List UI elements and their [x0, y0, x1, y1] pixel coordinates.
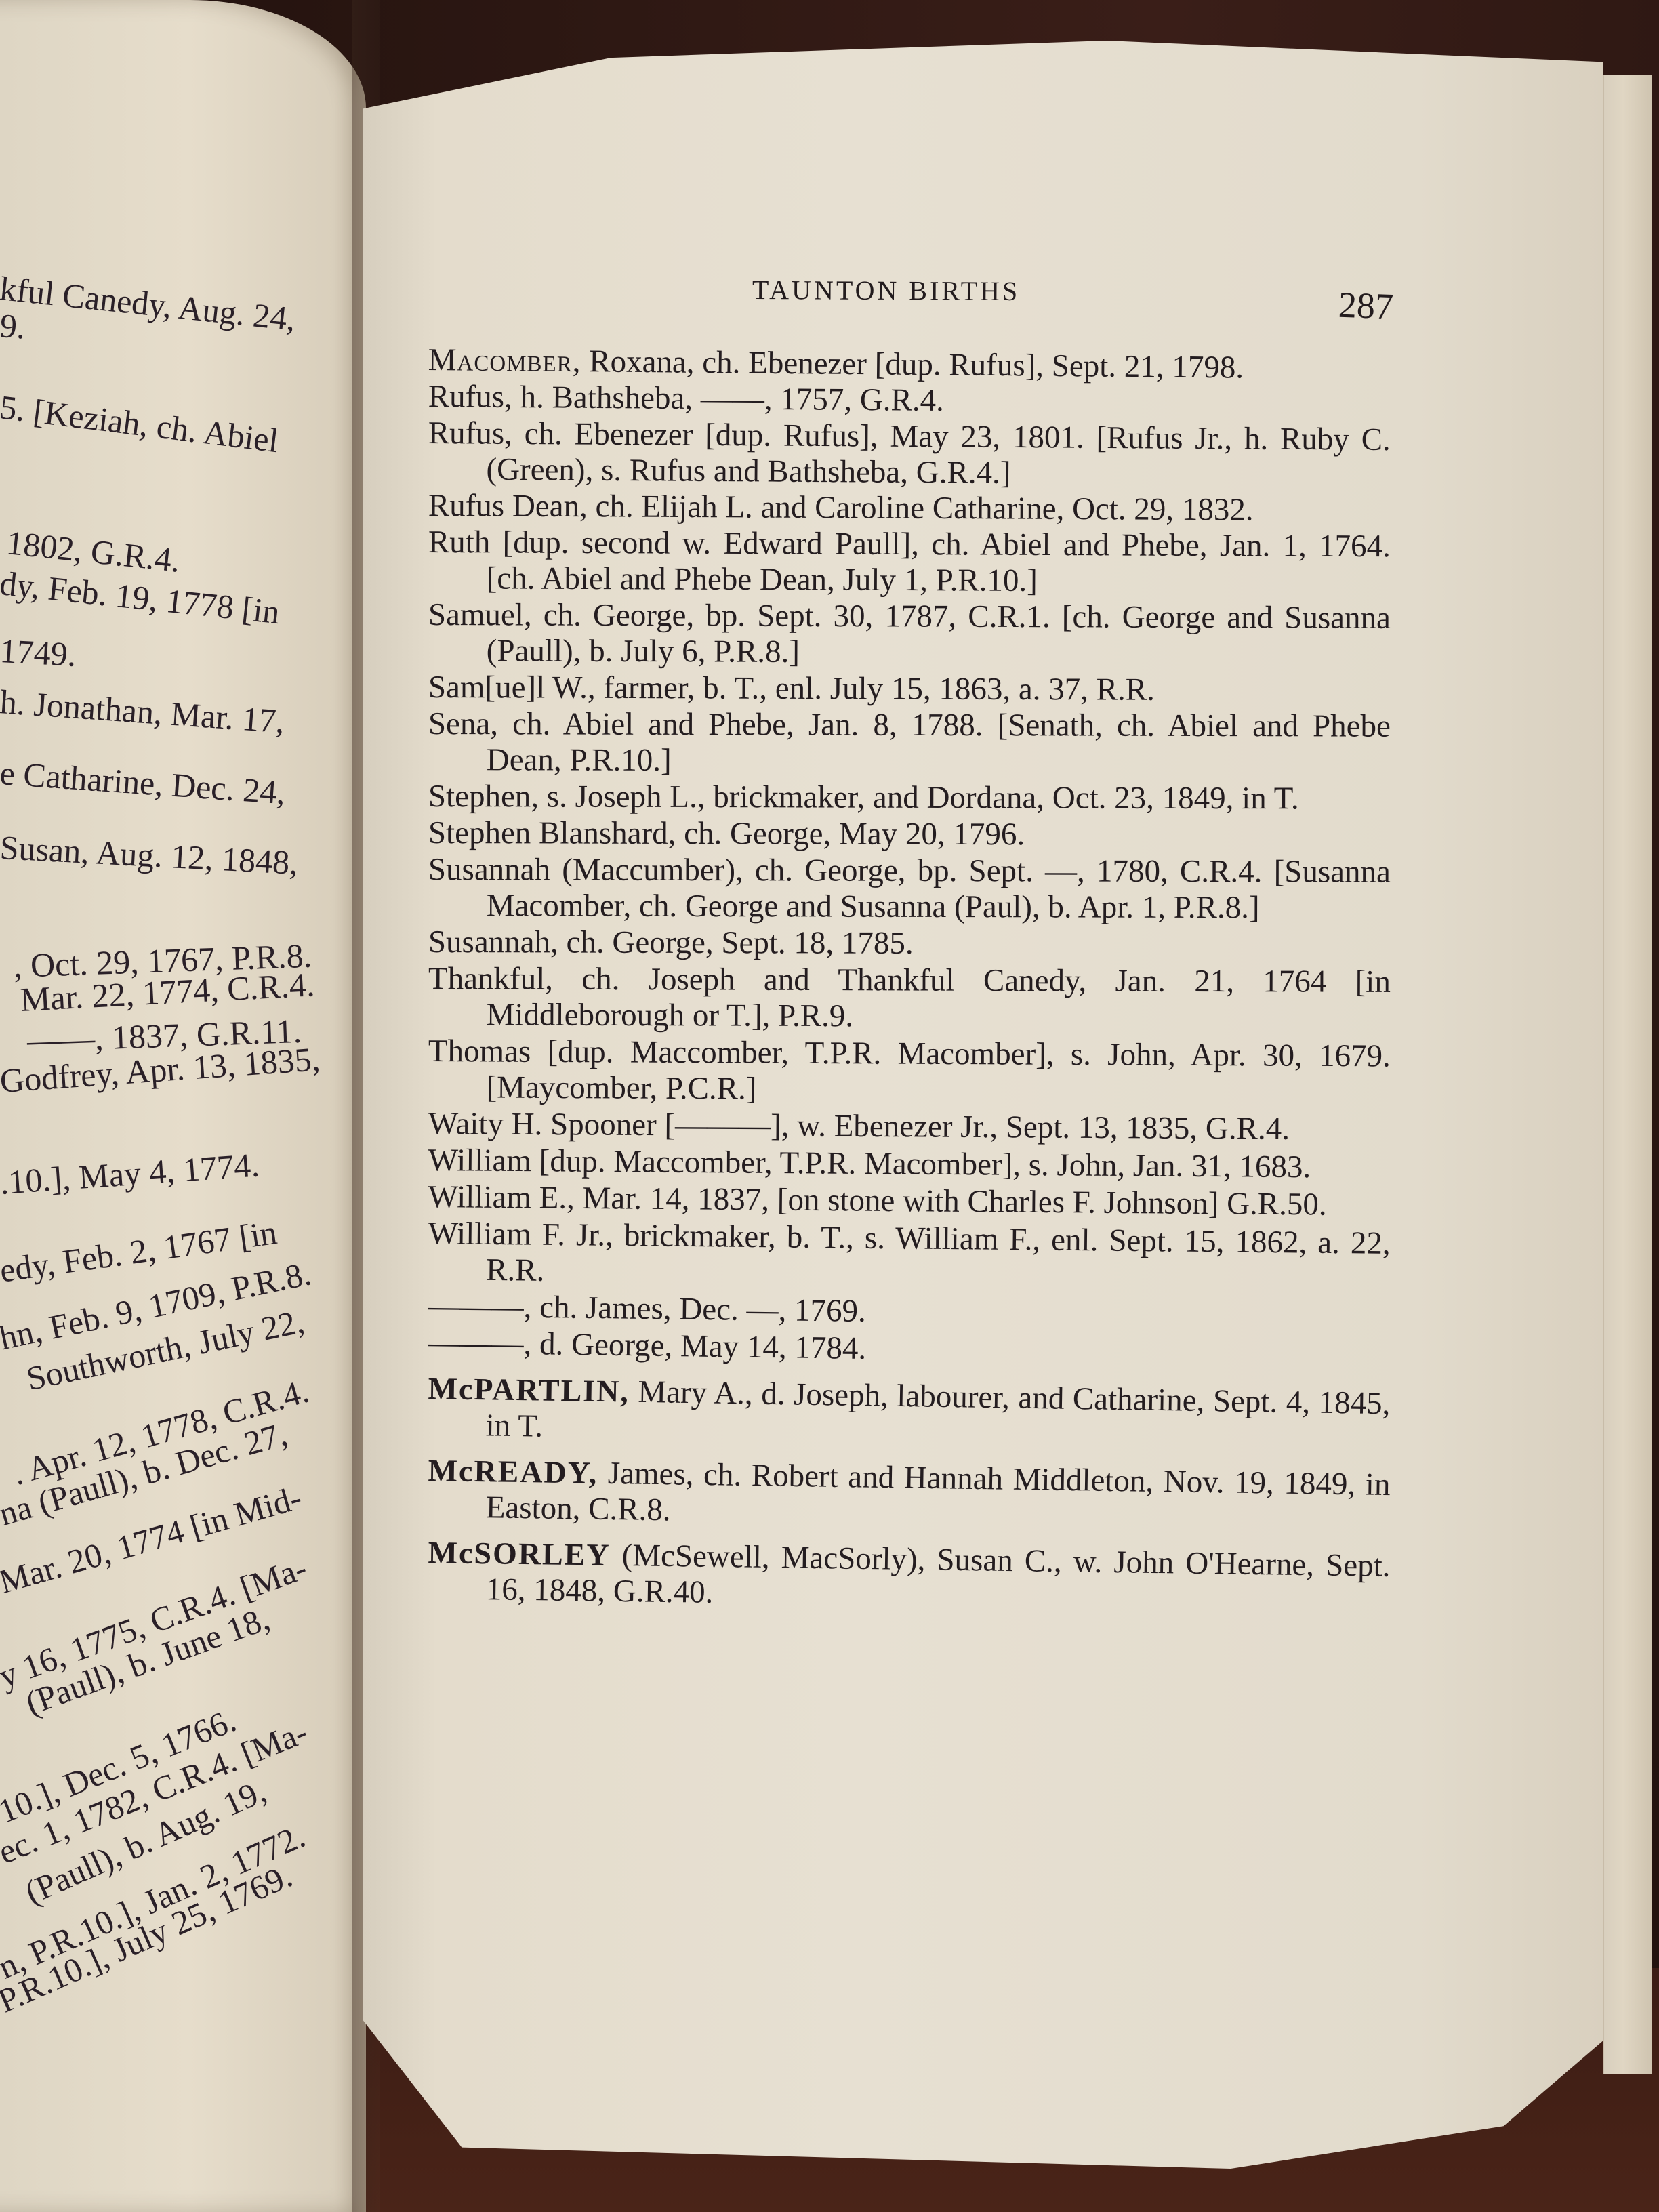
left-page: kful Canedy, Aug. 24,9.5. [Keziah, ch. A…: [0, 0, 366, 2212]
record-entry: Stephen Blanshard, ch. George, May 20, 1…: [428, 815, 1391, 854]
entry-text: ———, ch. James, Dec. —, 1769.: [428, 1288, 866, 1329]
surname-heading: McSORLEY: [428, 1535, 611, 1572]
entry-text: William [dup. Maccomber, T.P.R. Macomber…: [428, 1143, 1311, 1185]
left-page-line: dy, Feb. 19, 1778 [in: [0, 566, 281, 629]
record-entry: Waity H. Spooner [———], w. Ebenezer Jr.,…: [428, 1106, 1391, 1148]
entry-text: William E., Mar. 14, 1837, [on stone wit…: [428, 1179, 1327, 1223]
record-entry: McSORLEY (McSewell, MacSorly), Susan C.,…: [428, 1534, 1391, 1620]
record-entry: Samuel, ch. George, bp. Sept. 30, 1787, …: [428, 597, 1391, 672]
entry-text: Thankful, ch. Joseph and Thankful Canedy…: [428, 961, 1391, 1033]
entry-text: Susannah (Maccumber), ch. George, bp. Se…: [428, 852, 1391, 925]
record-entry: McPARTLIN, Mary A., d. Joseph, labourer,…: [427, 1370, 1391, 1458]
entry-text: Sena, ch. Abiel and Phebe, Jan. 8, 1788.…: [428, 706, 1391, 778]
entry-text: (McSewell, MacSorly), Susan C., w. John …: [486, 1538, 1391, 1610]
entry-text: Stephen, s. Joseph L., brickmaker, and D…: [428, 779, 1299, 816]
entry-text: Rufus Dean, ch. Elijah L. and Caroline C…: [428, 488, 1254, 527]
entry-text: Roxana, ch. Ebenezer [dup. Rufus], Sept.…: [589, 344, 1244, 385]
record-entry: Ruth [dup. second w. Edward Paull], ch. …: [428, 525, 1391, 600]
page-number: 287: [1338, 284, 1394, 328]
running-head: TAUNTON BIRTHS: [752, 274, 1020, 307]
surname-heading: McREADY,: [428, 1453, 598, 1490]
record-entry: Rufus Dean, ch. Elijah L. and Caroline C…: [428, 488, 1391, 529]
entry-text: Susannah, ch. George, Sept. 18, 1785.: [428, 924, 914, 961]
left-page-line: 9.: [0, 308, 26, 344]
entries-list: Macomber, Roxana, ch. Ebenezer [dup. Ruf…: [428, 342, 1391, 1607]
left-page-line: .10.], May 4, 1774.: [0, 1147, 260, 1200]
left-page-line: kful Canedy, Aug. 24,: [0, 271, 298, 336]
left-page-line: 5. [Keziah, ch. Abiel: [0, 390, 281, 457]
record-entry: Sam[ue]l W., farmer, b. T., enl. July 15…: [428, 670, 1391, 709]
record-entry: Stephen, s. Joseph L., brickmaker, and D…: [428, 779, 1391, 817]
entry-text: Sam[ue]l W., farmer, b. T., enl. July 15…: [428, 670, 1155, 708]
left-page-line: e Catharine, Dec. 24,: [0, 756, 287, 809]
entry-text: Samuel, ch. George, bp. Sept. 30, 1787, …: [428, 597, 1391, 670]
record-entry: William [dup. Maccomber, T.P.R. Macomber…: [428, 1143, 1391, 1186]
entry-text: ———, d. George, May 14, 1784.: [428, 1325, 866, 1366]
record-entry: McREADY, James, ch. Robert and Hannah Mi…: [427, 1452, 1390, 1539]
entry-text: Waity H. Spooner [———], w. Ebenezer Jr.,…: [428, 1106, 1290, 1147]
surname-heading: McPARTLIN,: [428, 1371, 630, 1409]
left-page-text: kful Canedy, Aug. 24,9.5. [Keziah, ch. A…: [0, 0, 366, 2212]
record-entry: Thankful, ch. Joseph and Thankful Canedy…: [428, 961, 1391, 1036]
record-entry: Susannah (Maccumber), ch. George, bp. Se…: [428, 852, 1391, 926]
entry-text: James, ch. Robert and Hannah Middleton, …: [485, 1456, 1390, 1528]
record-entry: Susannah, ch. George, Sept. 18, 1785.: [428, 924, 1391, 963]
entry-text: William F. Jr., brickmaker, b. T., s. Wi…: [428, 1216, 1390, 1288]
record-entry: Sena, ch. Abiel and Phebe, Jan. 8, 1788.…: [428, 706, 1391, 781]
surname-heading: Macomber,: [428, 342, 581, 379]
entry-text: Thomas [dup. Maccomber, T.P.R. Macomber]…: [428, 1033, 1391, 1107]
entry-text: Ruth [dup. second w. Edward Paull], ch. …: [428, 525, 1391, 598]
record-entry: Rufus, ch. Ebenezer [dup. Rufus], May 23…: [428, 415, 1391, 494]
record-entry: William F. Jr., brickmaker, b. T., s. Wi…: [428, 1216, 1391, 1298]
left-page-line: Susan, Aug. 12, 1848,: [0, 830, 299, 880]
entry-text: Stephen Blanshard, ch. George, May 20, 1…: [428, 815, 1025, 852]
page-stack-edge: [1603, 75, 1652, 2074]
record-entry: Thomas [dup. Maccomber, T.P.R. Macomber]…: [428, 1033, 1391, 1110]
left-page-line: 1749.: [0, 634, 77, 672]
left-page-line: h. Jonathan, Mar. 17,: [0, 684, 286, 738]
entry-text: Rufus, ch. Ebenezer [dup. Rufus], May 23…: [428, 415, 1391, 491]
entry-text: Rufus, h. Bathsheba, ——, 1757, G.R.4.: [428, 379, 945, 418]
